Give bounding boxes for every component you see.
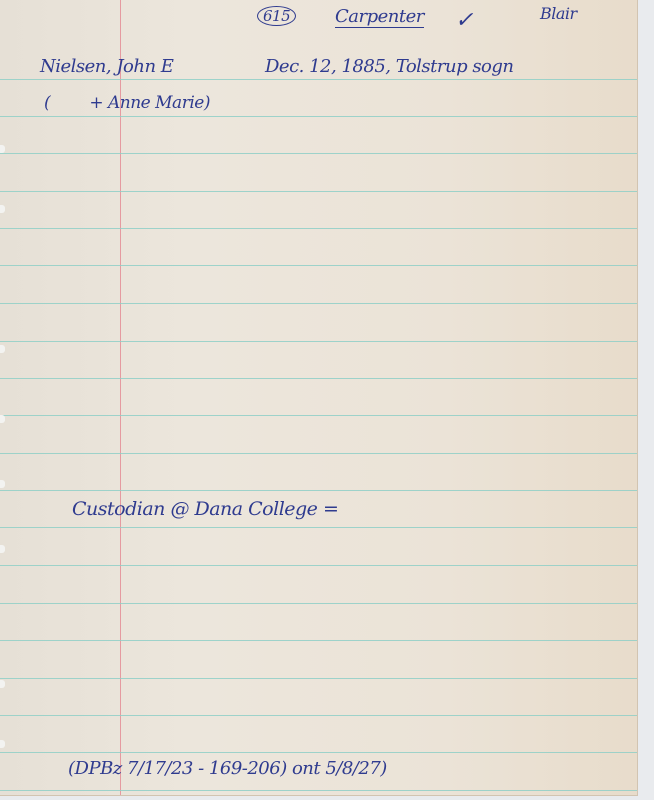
record-number: 615 <box>257 6 296 26</box>
check-mark-icon: ✓ <box>455 8 473 33</box>
torn-perforation <box>0 205 5 213</box>
rule-line <box>0 303 637 304</box>
rule-line <box>0 640 637 641</box>
occupation: Carpenter <box>335 6 424 27</box>
rule-line <box>0 565 637 566</box>
torn-perforation <box>0 740 5 748</box>
birth-info: Dec. 12, 1885, Tolstrup sogn <box>265 56 514 77</box>
person-name: Nielsen, John E <box>40 56 173 77</box>
lined-paper-page: 615 Carpenter ✓ Blair Nielsen, John E De… <box>0 0 638 796</box>
rule-line <box>0 79 637 80</box>
rule-line <box>0 603 637 604</box>
torn-perforation <box>0 345 5 353</box>
rule-line <box>0 116 637 117</box>
rule-line <box>0 341 637 342</box>
rule-line <box>0 265 637 266</box>
location: Blair <box>540 4 577 23</box>
rule-line <box>0 715 637 716</box>
rule-line <box>0 191 637 192</box>
rule-line <box>0 378 637 379</box>
torn-perforation <box>0 415 5 423</box>
rule-line <box>0 678 637 679</box>
torn-perforation <box>0 680 5 688</box>
rule-line <box>0 790 637 791</box>
rule-line <box>0 527 637 528</box>
source-reference: (DPBz 7/17/23 - 169-206) ont 5/8/27) <box>68 758 387 779</box>
torn-perforation <box>0 545 5 553</box>
occupation-note: Custodian @ Dana College = <box>72 498 338 520</box>
rule-line <box>0 415 637 416</box>
torn-perforation <box>0 145 5 153</box>
red-margin-line <box>120 0 121 795</box>
rule-line <box>0 752 637 753</box>
rule-line <box>0 228 637 229</box>
rule-line <box>0 153 637 154</box>
torn-perforation <box>0 480 5 488</box>
spouse-name: ( + Anne Marie) <box>44 93 210 113</box>
rule-line <box>0 453 637 454</box>
rule-line <box>0 490 637 491</box>
